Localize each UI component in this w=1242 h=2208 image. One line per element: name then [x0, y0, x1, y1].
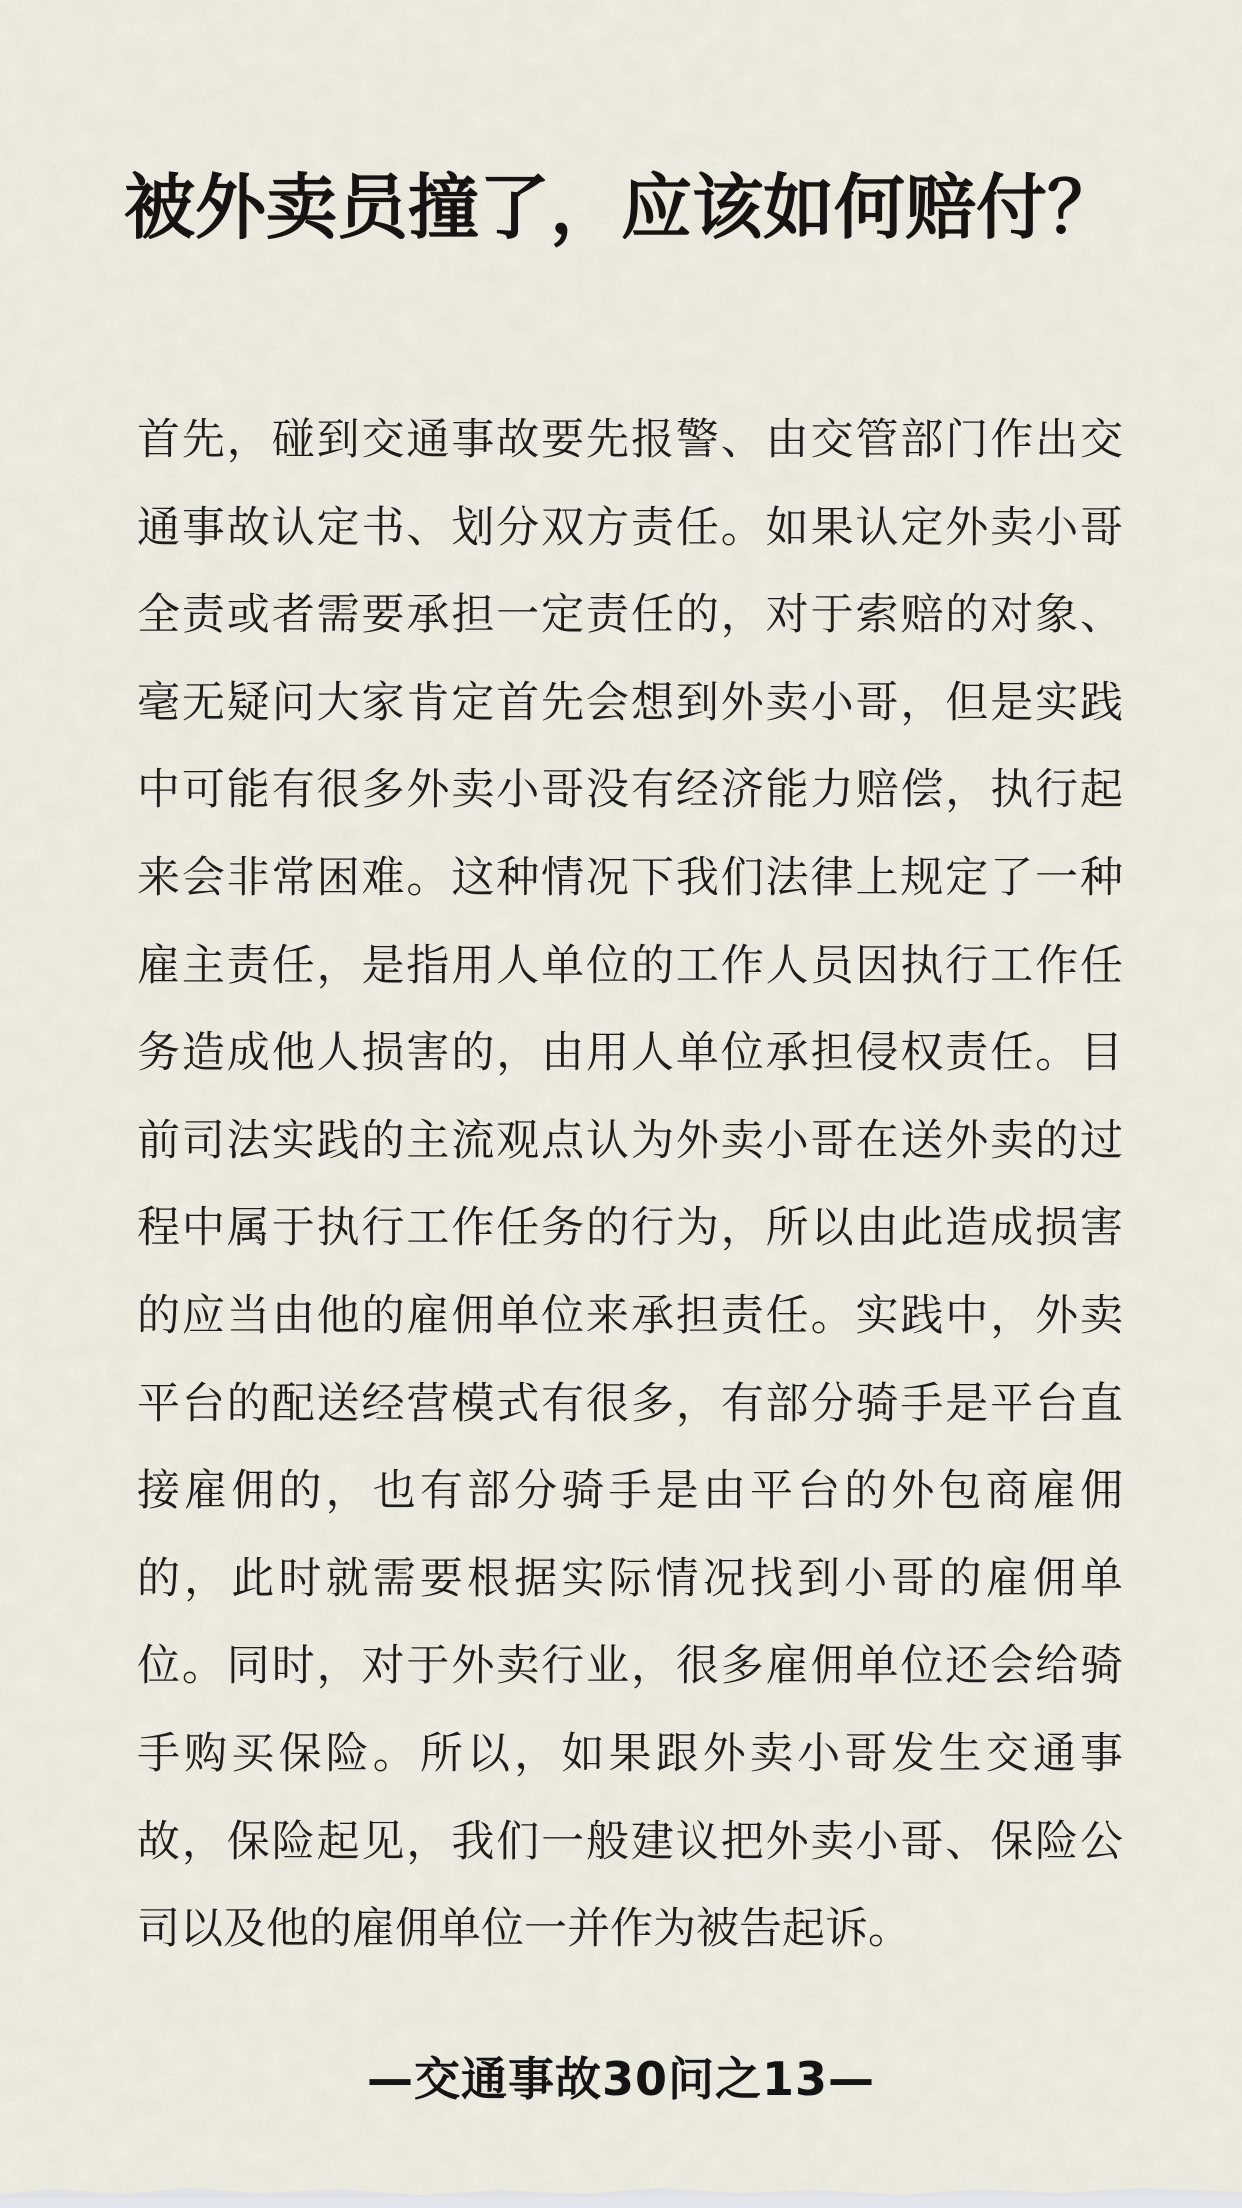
paper-bottom-edge [0, 2188, 1242, 2208]
body-line: 通事故认定书、划分双方责任。如果认定外卖小哥 [137, 485, 1123, 573]
body-line: 前司法实践的主流观点认为外卖小哥在送外卖的过 [137, 1098, 1123, 1186]
footer-caption: —交通事故30问之13— [0, 2048, 1242, 2110]
body-line: 首先，碰到交通事故要先报警、由交管部门作出交 [137, 397, 1123, 485]
body-line: 程中属于执行工作任务的行为，所以由此造成损害 [137, 1185, 1123, 1273]
poster-card: 被外卖员撞了，应该如何赔付？ 首先，碰到交通事故要先报警、由交管部门作出交 通事… [0, 0, 1242, 2208]
body-line: 的应当由他的雇佣单位来承担责任。实践中，外卖 [137, 1273, 1123, 1361]
page-title: 被外卖员撞了，应该如何赔付？ [0, 166, 1242, 248]
body-line: 平台的配送经营模式有很多，有部分骑手是平台直 [137, 1361, 1123, 1449]
body-line: 中可能有很多外卖小哥没有经济能力赔偿，执行起 [137, 747, 1123, 835]
body-line: 雇主责任，是指用人单位的工作人员因执行工作任 [137, 923, 1123, 1011]
body-text: 首先，碰到交通事故要先报警、由交管部门作出交 通事故认定书、划分双方责任。如果认… [137, 397, 1123, 1974]
body-line: 手购买保险。所以，如果跟外卖小哥发生交通事 [137, 1711, 1123, 1799]
body-line: 务造成他人损害的，由用人单位承担侵权责任。目 [137, 1010, 1123, 1098]
body-line: 位。同时，对于外卖行业，很多雇佣单位还会给骑 [137, 1623, 1123, 1711]
body-line: 的，此时就需要根据实际情况找到小哥的雇佣单 [137, 1536, 1123, 1624]
body-line: 毫无疑问大家肯定首先会想到外卖小哥，但是实践 [137, 660, 1123, 748]
body-line-last: 司以及他的雇佣单位一并作为被告起诉。 [137, 1886, 1123, 1974]
body-line: 全责或者需要承担一定责任的，对于索赔的对象、 [137, 572, 1123, 660]
body-line: 来会非常困难。这种情况下我们法律上规定了一种 [137, 835, 1123, 923]
body-line: 故，保险起见，我们一般建议把外卖小哥、保险公 [137, 1799, 1123, 1887]
body-line: 接雇佣的，也有部分骑手是由平台的外包商雇佣 [137, 1448, 1123, 1536]
